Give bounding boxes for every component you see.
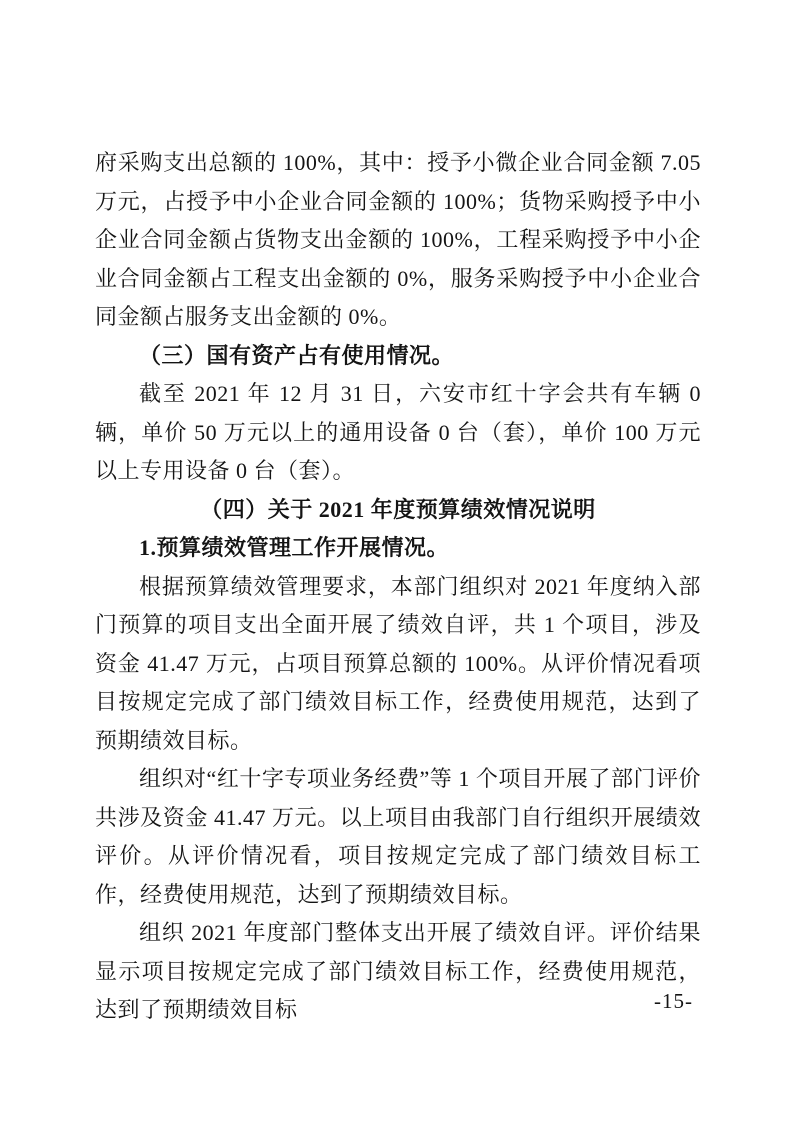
heading-performance-management-work: 1.预算绩效管理工作开展情况。 <box>95 529 701 568</box>
paragraph-department-evaluation: 组织对“红十字专项业务经费”等 1 个项目开展了部门评价共涉及资金 41.47 … <box>95 760 701 914</box>
heading-budget-performance-2021: （四）关于 2021 年度预算绩效情况说明 <box>95 491 701 530</box>
paragraph-state-assets-detail: 截至 2021 年 12 月 31 日，六安市红十字会共有车辆 0 辆，单价 5… <box>95 375 701 491</box>
document-body: 府采购支出总额的 100%，其中：授予小微企业合同金额 7.05 万元，占授予中… <box>95 144 701 1030</box>
paragraph-project-self-evaluation: 根据预算绩效管理要求，本部门组织对 2021 年度纳入部门预算的项目支出全面开展… <box>95 568 701 761</box>
document-page: 府采购支出总额的 100%，其中：授予小微企业合同金额 7.05 万元，占授予中… <box>0 0 793 1122</box>
heading-state-assets-usage: （三）国有资产占有使用情况。 <box>95 337 701 376</box>
page-number: -15- <box>95 986 701 1016</box>
paragraph-gov-procurement-continued: 府采购支出总额的 100%，其中：授予小微企业合同金额 7.05 万元，占授予中… <box>95 144 701 337</box>
